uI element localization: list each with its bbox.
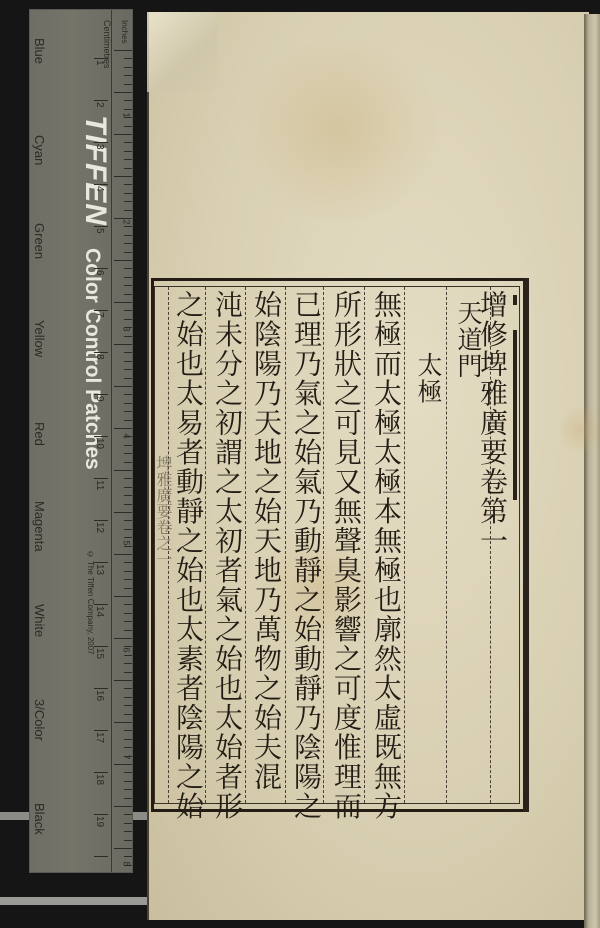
- cm-tick: [94, 562, 108, 563]
- text-column-2: 所形狀之可見又無聲臭影響之可度惟理而: [326, 290, 366, 821]
- inch-mark: 2: [121, 219, 131, 224]
- ruler-tick: [124, 58, 132, 59]
- frame-heavy-border: [523, 278, 529, 812]
- ruler-tick: [124, 504, 132, 505]
- ruler-tick: [124, 840, 132, 841]
- ruler-tick: [124, 193, 132, 194]
- color-control-ruler: Inches Centimetres TIFFEN Color Control …: [29, 9, 133, 873]
- frayed-corner: [147, 12, 217, 92]
- patch-label-cyan: Cyan: [32, 135, 47, 165]
- cm-tick: [94, 352, 108, 353]
- ruler-tick: [124, 705, 132, 706]
- ruler-tick: [124, 361, 132, 362]
- ruler-tick: [124, 327, 132, 328]
- ruler-tick: [124, 529, 132, 530]
- page-edge: [584, 14, 600, 928]
- ruler-tick: [124, 394, 132, 395]
- cm-tick: [94, 142, 108, 143]
- cm-tick: [94, 478, 108, 479]
- ruler-tick: [124, 369, 132, 370]
- patch-label-black: Black: [32, 803, 47, 835]
- ruler-tick: [124, 75, 132, 76]
- fish-tail-mark: [513, 330, 517, 500]
- tiffen-logo: TIFFEN: [78, 115, 112, 226]
- ruler-tick: [124, 781, 132, 782]
- ruler-tick: [124, 613, 132, 614]
- ruler-tick: [114, 302, 132, 303]
- ruler-tick: [124, 142, 132, 143]
- ruler-tick: [124, 546, 132, 547]
- cm-mark: 1: [94, 60, 105, 66]
- ruler-tick: [124, 688, 132, 689]
- cm-mark: 13: [94, 564, 105, 575]
- cm-mark: 14: [94, 606, 105, 617]
- ruler-tick: [124, 184, 132, 185]
- patch-label-3color: 3/Color: [32, 699, 47, 741]
- ruler-tick: [124, 201, 132, 202]
- cm-tick: [94, 226, 108, 227]
- ruler-tick: [124, 604, 132, 605]
- ruler-tick: [124, 378, 132, 379]
- cm-tick: [94, 646, 108, 647]
- ruler-tick: [114, 806, 132, 807]
- ruler-tick: [124, 126, 132, 127]
- cm-mark: 15: [94, 648, 105, 659]
- cm-mark: 3: [94, 144, 105, 150]
- subsection-heading: 太極: [408, 352, 448, 405]
- cm-tick: [94, 772, 108, 773]
- ruler-tick: [124, 243, 132, 244]
- ruler-tick: [124, 403, 132, 404]
- ruler-tick: [124, 462, 132, 463]
- ruler-tick: [114, 680, 132, 681]
- ruler-tick: [114, 218, 132, 219]
- patch-label-red: Red: [32, 422, 47, 446]
- ruler-tick: [124, 285, 132, 286]
- inches-label: Inches: [120, 20, 129, 44]
- ruler-tick: [124, 730, 132, 731]
- ruler-tick: [124, 579, 132, 580]
- ruler-tick: [124, 487, 132, 488]
- text-column-1: 無極而太極太極本無極也廓然太虛既無方: [366, 290, 406, 821]
- ruler-tick: [124, 319, 132, 320]
- cm-mark: 8: [94, 354, 105, 360]
- ruler-tick: [114, 848, 132, 849]
- ruler-tick: [124, 663, 132, 664]
- cm-mark: 9: [94, 396, 105, 402]
- ruler-tick: [124, 495, 132, 496]
- cm-tick: [94, 814, 108, 815]
- ruler-tick: [114, 554, 132, 555]
- ruler-tick: [124, 630, 132, 631]
- ruler-tick: [124, 772, 132, 773]
- cm-tick: [94, 856, 108, 857]
- ruler-tick: [124, 756, 132, 757]
- ruler-tick: [124, 151, 132, 152]
- text-column-5: 沌未分之初謂之太初者氣之始也太始者形: [207, 290, 247, 821]
- patch-label-yellow: Yellow: [32, 320, 47, 357]
- cm-tick: [94, 436, 108, 437]
- cm-mark: 6: [94, 270, 105, 276]
- cm-tick: [94, 688, 108, 689]
- ruler-tick: [124, 823, 132, 824]
- ruler-tick: [124, 831, 132, 832]
- ruler-tick: [124, 798, 132, 799]
- ruler-tick: [124, 856, 132, 857]
- ruler-tick: [124, 268, 132, 269]
- ruler-tick: [114, 176, 132, 177]
- ruler-tick: [124, 277, 132, 278]
- ruler-tick: [124, 588, 132, 589]
- ruler-tick: [124, 646, 132, 647]
- ruler-tick: [124, 562, 132, 563]
- cm-mark: 4: [94, 186, 105, 192]
- section-heading: 天道門: [448, 300, 488, 380]
- cm-mark: 2: [94, 102, 105, 108]
- ruler-tick: [114, 92, 132, 93]
- cm-tick: [94, 730, 108, 731]
- ruler-tick: [114, 50, 132, 51]
- ruler-tick: [114, 470, 132, 471]
- cm-mark: 7: [94, 312, 105, 318]
- patch-label-white: White: [32, 604, 47, 637]
- ruler-tick: [124, 252, 132, 253]
- ruler-tick: [114, 638, 132, 639]
- cm-tick: [94, 394, 108, 395]
- ruler-tick: [124, 436, 132, 437]
- cm-tick: [94, 310, 108, 311]
- ruler-tick: [114, 134, 132, 135]
- cm-tick: [94, 520, 108, 521]
- cm-mark: 18: [94, 774, 105, 785]
- text-column-4: 始陰陽乃天地之始天地乃萬物之始夫混: [246, 290, 286, 792]
- cm-tick: [94, 604, 108, 605]
- ruler-tick: [114, 722, 132, 723]
- ruler-tick: [114, 260, 132, 261]
- paper-stain: [560, 400, 600, 460]
- paper-stain: [230, 40, 450, 220]
- block-mark: [513, 295, 517, 305]
- ruler-tick: [124, 697, 132, 698]
- cm-mark: 19: [94, 816, 105, 827]
- ruler-tick: [114, 344, 132, 345]
- ruler-tick: [124, 747, 132, 748]
- ruler-tick: [124, 310, 132, 311]
- ruler-tick: [114, 512, 132, 513]
- cm-mark: 11: [94, 480, 105, 490]
- ruler-tick: [124, 537, 132, 538]
- cm-tick: [94, 268, 108, 269]
- ruler-tick: [124, 672, 132, 673]
- ruler-tick: [124, 621, 132, 622]
- ruler-tick: [124, 520, 132, 521]
- ruler-tick: [124, 235, 132, 236]
- ruler-tick: [124, 411, 132, 412]
- ruler-tick: [124, 445, 132, 446]
- ruler-tick: [124, 67, 132, 68]
- inch-mark: 6: [121, 647, 131, 652]
- cm-mark: 17: [94, 732, 105, 743]
- ruler-tick: [124, 117, 132, 118]
- ruler-tick: [124, 336, 132, 337]
- ruler-tick: [124, 159, 132, 160]
- ruler-tick: [114, 428, 132, 429]
- cm-mark: 10: [94, 438, 105, 449]
- ruler-tick: [124, 865, 132, 866]
- ruler-tick: [124, 294, 132, 295]
- ruler-tick: [124, 739, 132, 740]
- ruler-tick: [124, 789, 132, 790]
- ruler-tick: [124, 714, 132, 715]
- ruler-tick: [114, 764, 132, 765]
- show-through-text: 埤雅廣要卷之一: [153, 455, 175, 755]
- cm-mark: 12: [94, 522, 105, 533]
- ruler-tick: [124, 226, 132, 227]
- patch-label-blue: Blue: [32, 38, 47, 64]
- cm-mark: 16: [94, 690, 105, 701]
- patch-label-green: Green: [32, 223, 47, 259]
- ruler-tick: [124, 478, 132, 479]
- ruler-tick: [124, 655, 132, 656]
- ruler-tick: [124, 453, 132, 454]
- ruler-tick: [114, 596, 132, 597]
- ruler-tick: [114, 386, 132, 387]
- ruler-tick: [124, 109, 132, 110]
- ruler-tick: [124, 814, 132, 815]
- ruler-tick: [124, 420, 132, 421]
- ruler-tick: [124, 210, 132, 211]
- ruler-tick: [124, 84, 132, 85]
- ruler-tick: [124, 352, 132, 353]
- cm-tick: [94, 58, 108, 59]
- cm-mark: 5: [94, 228, 105, 234]
- cm-tick: [94, 184, 108, 185]
- ruler-tick: [124, 100, 132, 101]
- ruler-tick: [124, 571, 132, 572]
- ruler-scale: [111, 10, 132, 872]
- text-column-3: 已理乃氣之始氣乃動靜之始動靜乃陰陽之: [286, 290, 326, 821]
- ruler-tick: [124, 168, 132, 169]
- patch-label-magenta: Magenta: [32, 501, 47, 552]
- cm-tick: [94, 100, 108, 101]
